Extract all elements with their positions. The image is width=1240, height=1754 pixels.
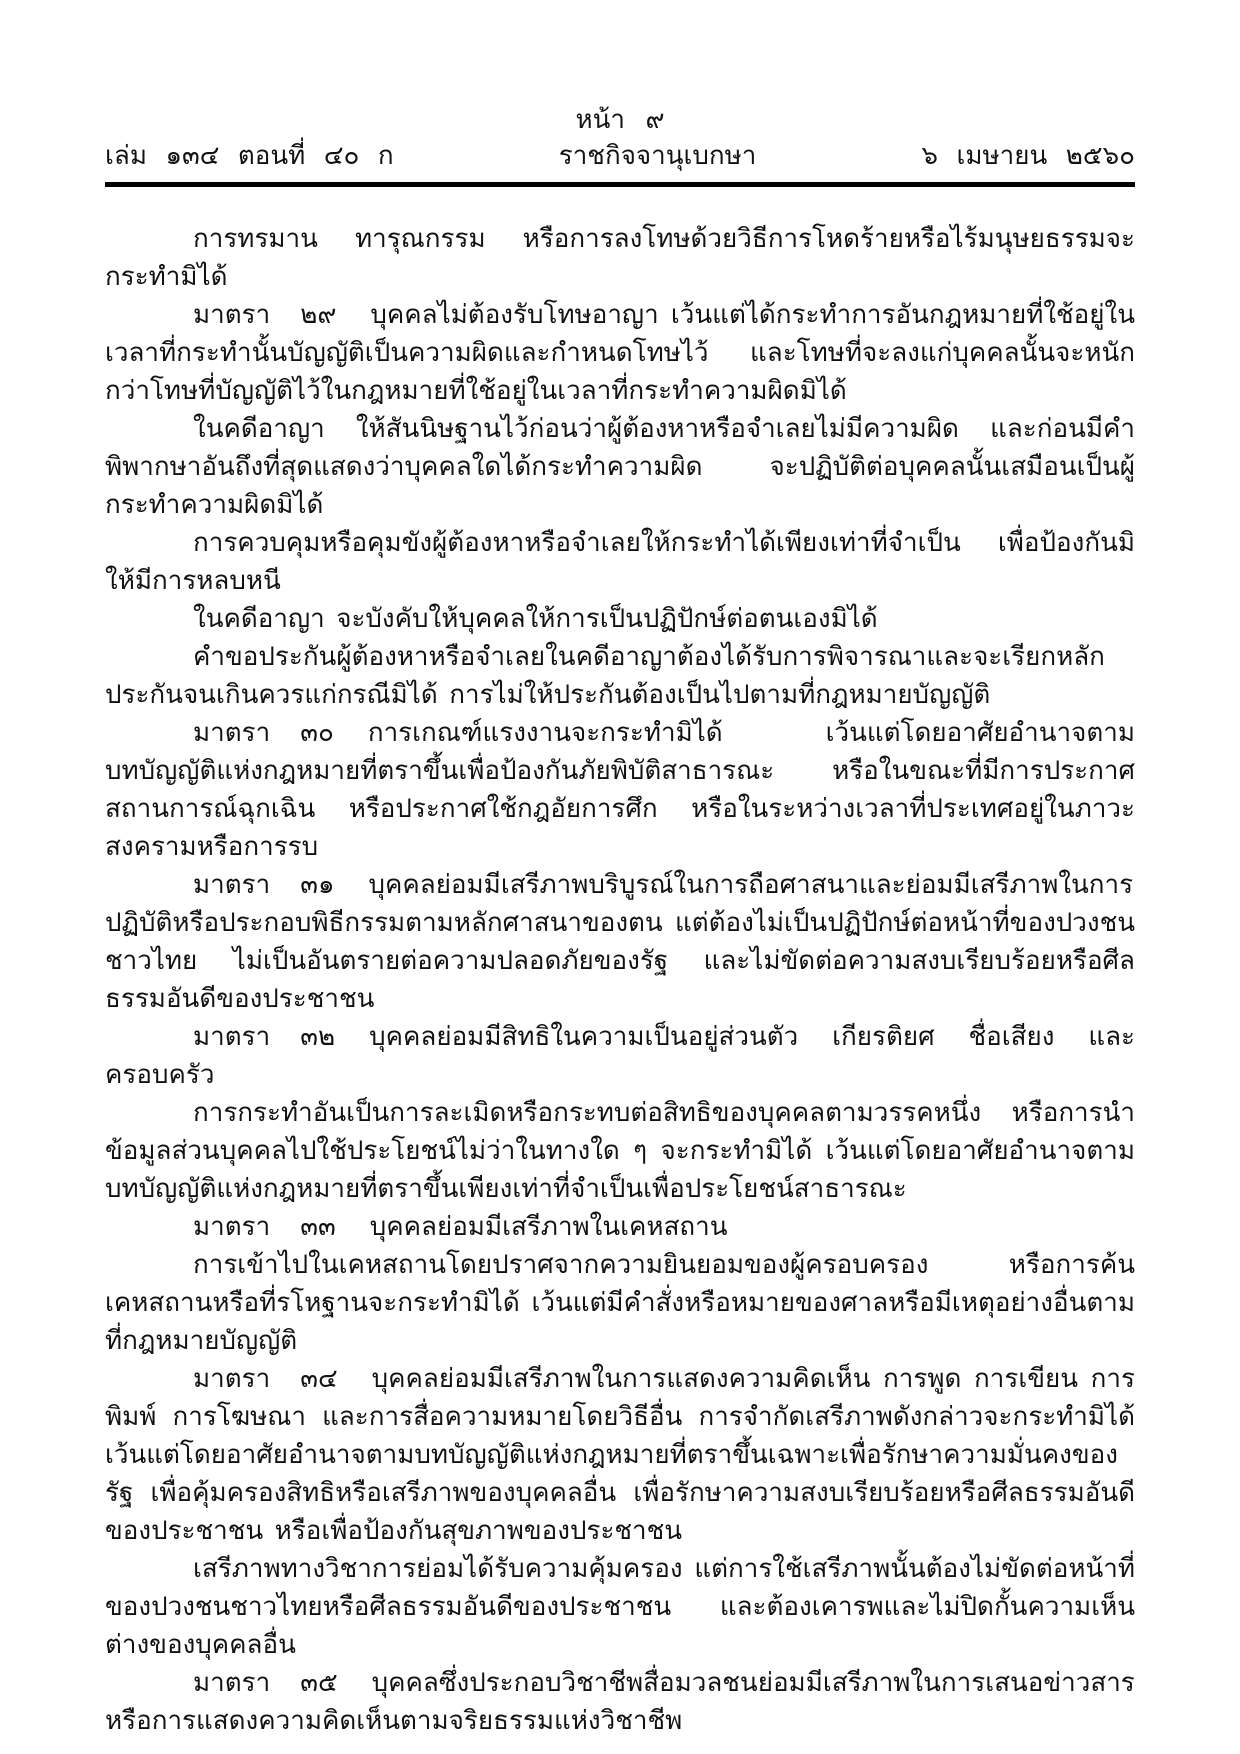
paragraph: การควบคุมหรือคุมขังผู้ต้องหาหรือจำเลยให้…	[105, 524, 1135, 600]
publication-date: ๖ เมษายน ๒๕๖๐	[922, 139, 1135, 173]
header-divider-rule	[105, 182, 1135, 187]
article-paragraph: มาตรา๓๑บุคคลย่อมมีเสรีภาพบริบูรณ์ในการถื…	[105, 866, 1135, 1018]
article-label: มาตรา	[193, 1364, 270, 1393]
article-number: ๓๐	[300, 718, 334, 747]
document-body: การทรมาน ทารุณกรรม หรือการลงโทษด้วยวิธีก…	[105, 220, 1135, 1740]
article-paragraph: มาตรา๒๙บุคคลไม่ต้องรับโทษอาญา เว้นแต่ได้…	[105, 296, 1135, 410]
paragraph: การกระทำอันเป็นการละเมิดหรือกระทบต่อสิทธ…	[105, 1094, 1135, 1208]
article-paragraph: มาตรา๓๐การเกณฑ์แรงงานจะกระทำมิได้ เว้นแต…	[105, 714, 1135, 866]
article-number: ๓๒	[300, 1022, 335, 1051]
paragraph: เสรีภาพทางวิชาการย่อมได้รับความคุ้มครอง …	[105, 1550, 1135, 1664]
masthead-row: เล่ม ๑๓๔ ตอนที่ ๔๐ ก ราชกิจจานุเบกษา ๖ เ…	[105, 139, 1135, 173]
article-number: ๓๔	[300, 1364, 337, 1393]
article-label: มาตรา	[193, 1668, 270, 1697]
article-label: มาตรา	[193, 718, 270, 747]
article-number: ๓๑	[300, 870, 334, 899]
article-number: ๒๙	[300, 300, 336, 329]
page-header: หน้า ๙ เล่ม ๑๓๔ ตอนที่ ๔๐ ก ราชกิจจานุเบ…	[105, 0, 1135, 187]
gazette-page: หน้า ๙ เล่ม ๑๓๔ ตอนที่ ๔๐ ก ราชกิจจานุเบ…	[0, 0, 1240, 1754]
gazette-title: ราชกิจจานุเบกษา	[559, 139, 757, 173]
article-paragraph: มาตรา๓๓บุคคลย่อมมีเสรีภาพในเคหสถาน	[105, 1208, 1135, 1246]
article-label: มาตรา	[193, 1022, 270, 1051]
article-number: ๓๕	[300, 1668, 337, 1697]
article-paragraph: มาตรา๓๔บุคคลย่อมมีเสรีภาพในการแสดงความคิ…	[105, 1360, 1135, 1550]
article-paragraph: มาตรา๓๒บุคคลย่อมมีสิทธิในความเป็นอยู่ส่ว…	[105, 1018, 1135, 1094]
article-label: มาตรา	[193, 300, 270, 329]
article-paragraph: มาตรา๓๕บุคคลซึ่งประกอบวิชาชีพสื่อมวลชนย่…	[105, 1664, 1135, 1740]
paragraph: การเข้าไปในเคหสถานโดยปราศจากความยินยอมขอ…	[105, 1246, 1135, 1360]
paragraph: ในคดีอาญา จะบังคับให้บุคคลให้การเป็นปฏิป…	[105, 600, 1135, 638]
paragraph: การทรมาน ทารุณกรรม หรือการลงโทษด้วยวิธีก…	[105, 220, 1135, 296]
volume-part-label: เล่ม ๑๓๔ ตอนที่ ๔๐ ก	[105, 139, 394, 173]
article-label: มาตรา	[193, 1212, 270, 1241]
article-label: มาตรา	[193, 870, 270, 899]
paragraph: คำขอประกันผู้ต้องหาหรือจำเลยในคดีอาญาต้อ…	[105, 638, 1135, 714]
page-number: หน้า ๙	[105, 104, 1135, 136]
article-number: ๓๓	[300, 1212, 336, 1241]
paragraph: ในคดีอาญา ให้สันนิษฐานไว้ก่อนว่าผู้ต้องห…	[105, 410, 1135, 524]
